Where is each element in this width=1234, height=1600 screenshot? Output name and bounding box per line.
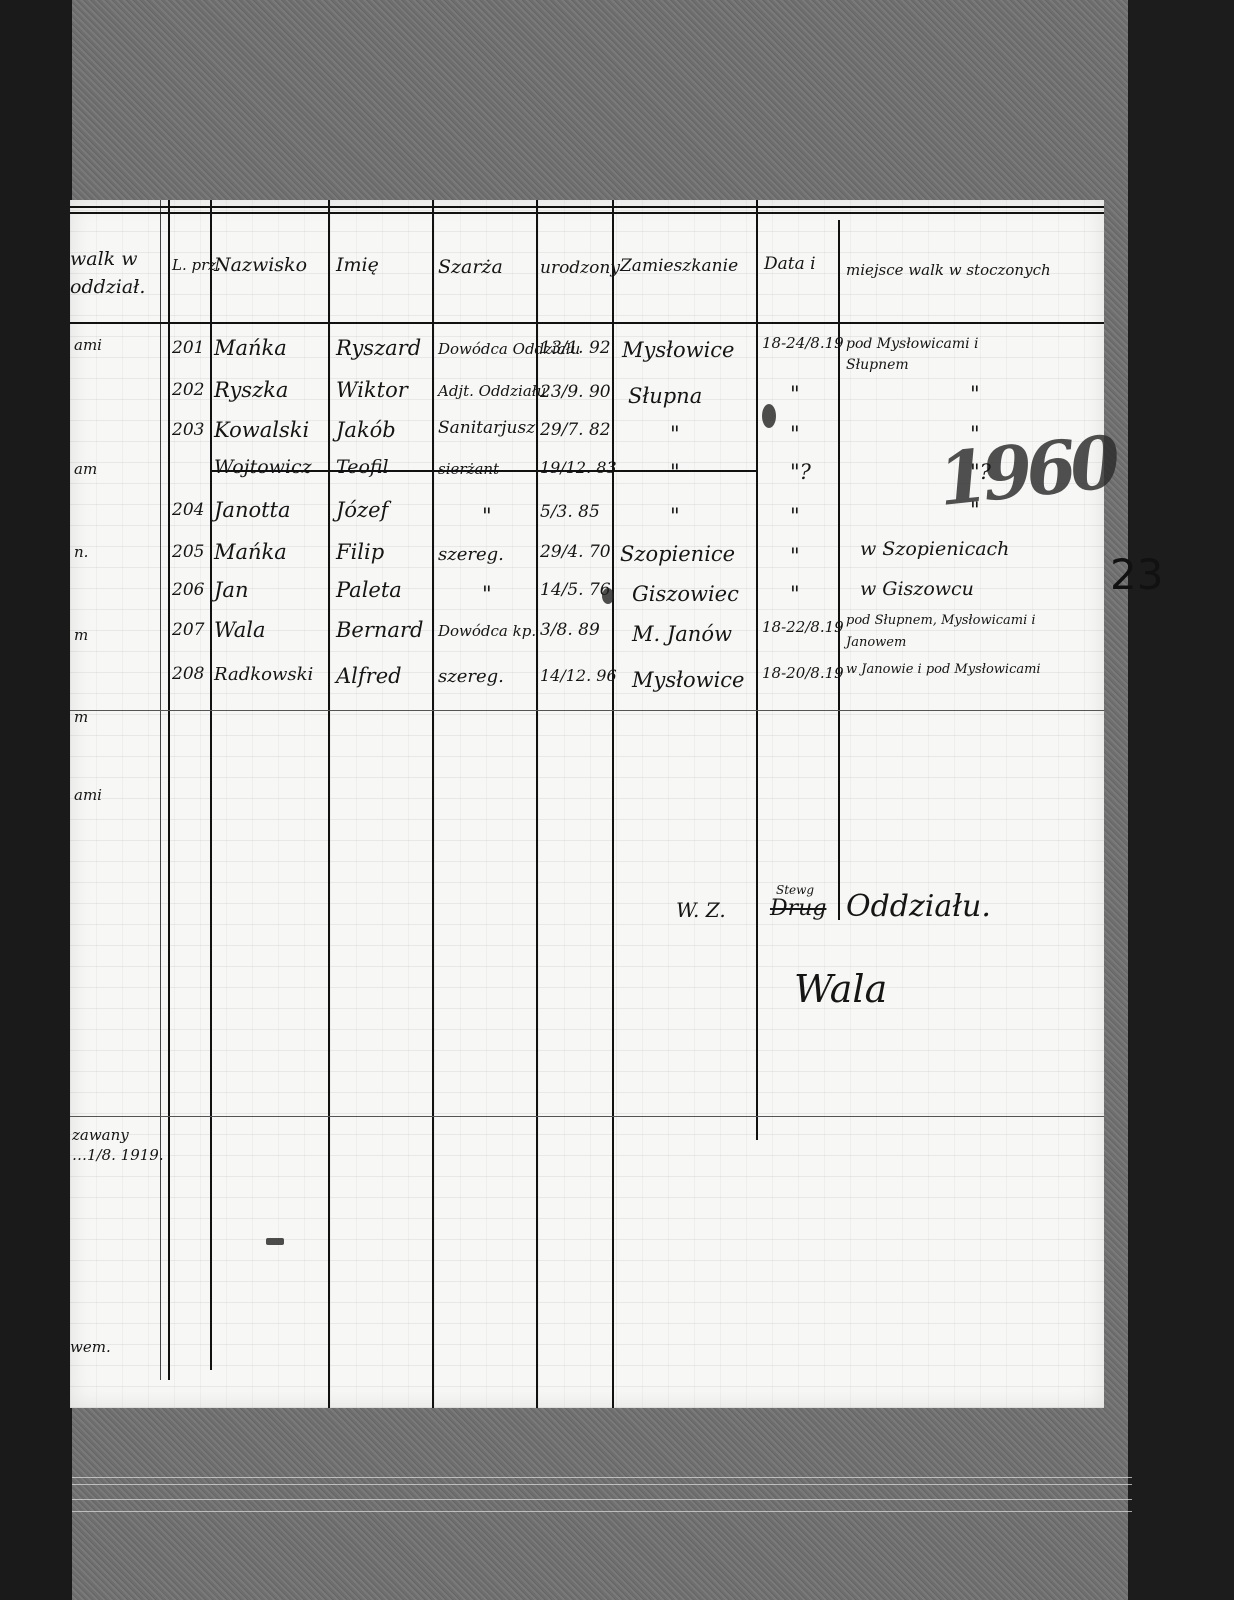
row-place: w Janowie i pod Mysłowicami	[846, 660, 1046, 681]
left-page-note: m	[74, 628, 88, 643]
row-place: w Szopienicach	[860, 540, 1009, 559]
row-born: 29/7. 82	[540, 422, 611, 439]
row-born: 5/3. 85	[540, 504, 600, 521]
row-place: "	[970, 424, 980, 445]
header-date: Data i	[764, 256, 816, 273]
row-surname: Mańka	[214, 542, 287, 563]
header-rank: Szarża	[438, 258, 503, 277]
column-divider	[210, 200, 212, 1370]
row-date: 18-22/8.19	[762, 620, 844, 635]
row-number: 202	[172, 382, 204, 399]
signature-name: Wala	[794, 970, 887, 1008]
row-name: Alfred	[336, 666, 402, 687]
signature-inserted-word: Stewg	[776, 884, 814, 896]
row-number: 204	[172, 502, 204, 519]
row-number: 205	[172, 544, 204, 561]
header-battle-place: miejsce walk w stoczonych	[846, 256, 1096, 285]
row-born: 19/12. 83	[540, 460, 617, 476]
column-divider	[612, 200, 614, 1408]
signature-prefix: W. Z.	[676, 900, 726, 920]
row-name: Józef	[336, 500, 388, 521]
page-number: 23	[1110, 550, 1163, 599]
table-rule	[70, 710, 1104, 711]
header-residence: Zamieszkanie	[620, 258, 738, 275]
left-page-note: n.	[74, 545, 88, 560]
row-place: pod Słupnem, Mysłowicami i Janowem	[846, 610, 1096, 654]
table-rule	[70, 1116, 1104, 1117]
row-rank: szereg.	[438, 668, 504, 686]
film-border-left	[0, 0, 72, 1600]
row-surname: Mańka	[214, 338, 287, 359]
scan-artifact-line	[72, 1477, 1132, 1478]
scan-artifact-line	[72, 1511, 1132, 1512]
row-number: 208	[172, 666, 204, 683]
register-page: walk w oddział. ami am n. m m ami zawany…	[70, 200, 1104, 1408]
column-divider	[838, 220, 840, 920]
row-surname: Janotta	[214, 500, 291, 521]
row-number: 207	[172, 622, 204, 639]
column-divider	[756, 200, 758, 1140]
row-place: w Giszowcu	[860, 580, 974, 599]
row-number: 203	[172, 422, 204, 439]
row-name: Ryszard	[336, 338, 421, 359]
row-place: "	[970, 384, 980, 405]
signature-title: Oddziału.	[846, 892, 991, 922]
row-surname: Wala	[214, 620, 266, 641]
row-rank: Adjt. Oddziału	[438, 384, 546, 399]
row-date: "?	[790, 462, 811, 483]
row-surname: Kowalski	[214, 420, 309, 441]
header-top-rule	[70, 206, 1104, 208]
column-divider	[328, 200, 330, 1408]
row-surname: Radkowski	[214, 666, 313, 684]
row-rank: szereg.	[438, 546, 504, 564]
row-born: 3/8. 89	[540, 622, 600, 639]
row-born: 23/9. 90	[540, 384, 611, 401]
strikethrough-line	[212, 470, 758, 472]
left-page-note: m	[74, 710, 88, 725]
ink-blot	[762, 404, 776, 428]
left-page-note: ami	[74, 788, 102, 803]
row-date: "	[790, 584, 800, 605]
left-page-header-line1: walk w	[70, 250, 137, 269]
row-residence: Szopienice	[620, 544, 735, 565]
row-date: "	[790, 546, 800, 567]
left-page-footer: zawany	[72, 1128, 129, 1143]
row-date: "	[790, 424, 800, 445]
row-name: Filip	[336, 542, 384, 563]
row-name: Paleta	[336, 580, 402, 601]
row-date: 18-20/8.19	[762, 666, 844, 681]
header-born: urodzony	[540, 260, 620, 277]
left-page-footer: wem.	[70, 1340, 111, 1355]
header-bottom-rule	[70, 322, 1104, 324]
row-residence: Słupna	[628, 386, 702, 407]
row-residence: M. Janów	[632, 624, 732, 645]
row-place: "?	[970, 462, 991, 483]
archive-stamp-number: 1960	[934, 419, 1118, 522]
row-name: Teofil	[336, 458, 389, 477]
row-rank: "	[482, 506, 492, 527]
row-residence: "	[670, 462, 680, 483]
ink-blot	[266, 1238, 284, 1245]
row-born: 13/1. 92	[540, 340, 611, 357]
row-name: Bernard	[336, 620, 423, 641]
row-rank: Sanitarjusz	[438, 420, 535, 437]
row-born: 14/12. 96	[540, 668, 617, 684]
page-fold-line	[160, 200, 161, 1380]
left-page-footer-date: …1/8. 1919.	[72, 1148, 164, 1163]
row-surname: Jan	[214, 580, 248, 601]
row-name: Wiktor	[336, 380, 408, 401]
row-date: "	[790, 506, 800, 527]
row-rank: "	[482, 584, 492, 605]
row-name: Jakób	[336, 420, 396, 441]
row-residence: Mysłowice	[632, 670, 744, 691]
row-surname: Ryszka	[214, 380, 288, 401]
left-page-note: ami	[74, 338, 102, 353]
row-born: 14/5. 76	[540, 582, 611, 599]
column-divider	[168, 200, 170, 1380]
row-number: 201	[172, 340, 204, 357]
header-surname: Nazwisko	[214, 256, 307, 275]
ink-blot	[602, 588, 614, 604]
scan-artifact-line	[72, 1484, 1132, 1485]
row-born: 29/4. 70	[540, 544, 611, 561]
scan-artifact-line	[72, 1499, 1132, 1500]
header-top-rule	[70, 212, 1104, 214]
left-page-note: am	[74, 462, 97, 477]
row-residence: "	[670, 424, 680, 445]
row-date: 18-24/8.19	[762, 336, 844, 351]
row-number: 206	[172, 582, 204, 599]
row-rank: Dowódca kp.	[438, 624, 536, 639]
row-place: pod Mysłowicami i Słupnem	[846, 334, 1036, 376]
left-page-header-line2: oddział.	[70, 278, 145, 297]
row-surname: Wojtowicz	[214, 458, 312, 477]
film-border-right	[1128, 0, 1234, 1600]
row-residence: "	[670, 506, 680, 527]
row-date: "	[790, 384, 800, 405]
row-place: "	[970, 500, 980, 521]
signature-struck-word: Drug	[770, 898, 826, 920]
row-residence: Mysłowice	[622, 340, 734, 361]
header-name: Imię	[336, 256, 379, 275]
column-divider	[432, 200, 434, 1408]
row-residence: Giszowiec	[632, 584, 739, 605]
